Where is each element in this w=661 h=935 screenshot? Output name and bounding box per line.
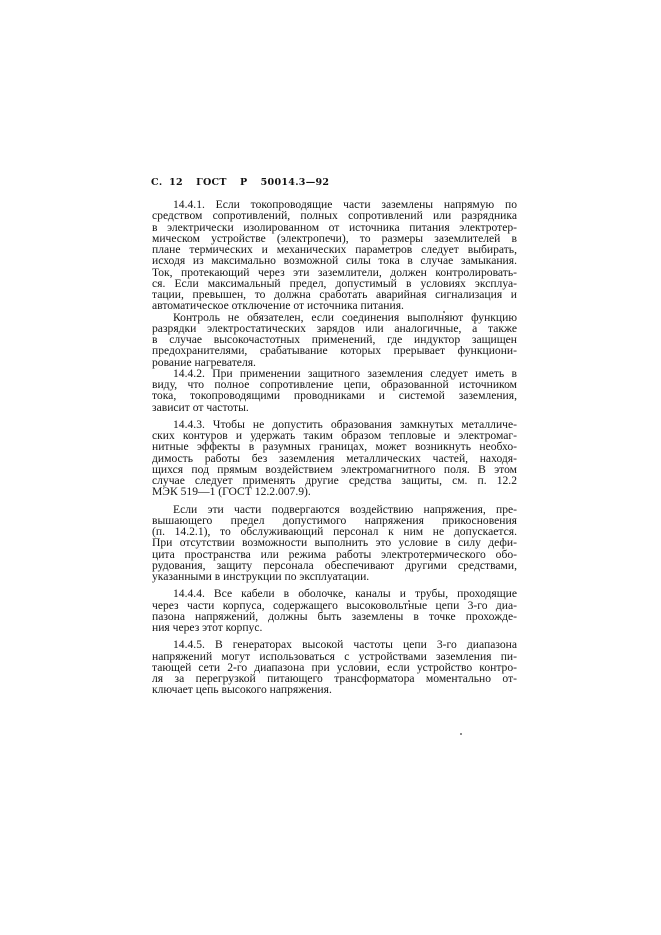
text-line: указанными в инструкции по эксплуатации. [152, 571, 517, 582]
paragraph-14-4-2: 14.4.2. При применении защитного заземле… [152, 368, 517, 413]
paragraph-voltage: Если эти части подвергаются воздействию … [152, 504, 517, 583]
text-line: 14.4.5. В генераторах высокой частоты це… [152, 639, 517, 650]
text-line: ключает цепь высокого напряжения. [152, 684, 517, 695]
document-page: С. 12 ГОСТ Р 50014.3—92 14.4.1. Если ток… [0, 0, 661, 935]
paragraph-14-4-4: 14.4.4. Все кабели в оболочке, каналы и … [152, 588, 517, 633]
text-line: ния через этот корпус. [152, 622, 517, 633]
paragraph-14-4-3: 14.4.3. Чтобы не допустить образования з… [152, 419, 517, 498]
text-line: средством сопротивлений, полных сопротив… [152, 210, 517, 221]
text-line: исходя из максимально возможной силы ток… [152, 255, 517, 266]
page-header: С. 12 ГОСТ Р 50014.3—92 [151, 177, 329, 188]
text-line: автоматическое отключение от источника п… [152, 300, 517, 311]
text-line: нитные эффекты в разумных границах, може… [152, 441, 517, 452]
paragraph-14-4-5: 14.4.5. В генераторах высокой частоты це… [152, 639, 517, 695]
text-line: предохранителями, срабатывание которых п… [152, 345, 517, 356]
paragraph-control: Контроль не обязателен, если соединения … [152, 312, 517, 368]
scan-speck [460, 733, 462, 735]
text-line: зависит от частоты. [152, 402, 517, 413]
scan-speck [443, 311, 445, 313]
text-line: МЭК 519—1 (ГОСТ 12.2.007.9). [152, 486, 517, 497]
text-line: тока, токопроводящими проводниками и сис… [152, 390, 517, 401]
scan-speck [408, 600, 410, 602]
text-line: При отсутствии возможности выполнить это… [152, 537, 517, 548]
text-line: 14.4.4. Все кабели в оболочке, каналы и … [152, 588, 517, 599]
paragraph-14-4-1: 14.4.1. Если токопроводящие части заземл… [152, 199, 517, 312]
document-body: 14.4.1. Если токопроводящие части заземл… [152, 199, 517, 696]
